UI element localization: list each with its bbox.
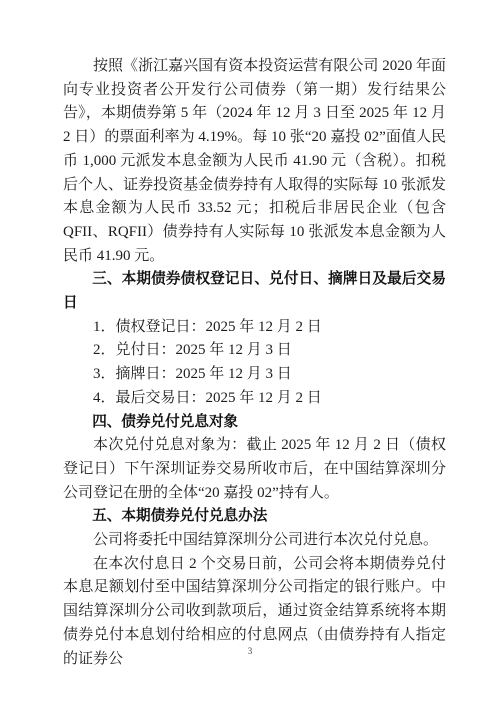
- list-item-last-trading-date: 4．最后交易日：2025 年 12 月 2 日: [63, 387, 446, 411]
- section-5-paragraph-1: 公司将委托中国结算深圳分公司进行本次兑付兑息。: [63, 529, 446, 553]
- intro-paragraph: 按照《浙江嘉兴国有资本投资运营有限公司 2020 年面向专业投资者公开发行公司债…: [63, 55, 446, 268]
- section-5-heading: 五、本期债券兑付兑息办法: [63, 505, 446, 529]
- list-item-redemption-date: 2．兑付日：2025 年 12 月 3 日: [63, 339, 446, 363]
- section-3-heading: 三、本期债券债权登记日、兑付日、摘牌日及最后交易日: [63, 268, 446, 315]
- page-number: 3: [0, 646, 500, 656]
- section-4-paragraph: 本次兑付兑息对象为：截止 2025 年 12 月 2 日（债权登记日）下午深圳证…: [63, 434, 446, 505]
- list-item-debt-registration-date: 1．债权登记日：2025 年 12 月 2 日: [63, 316, 446, 340]
- document-body: 按照《浙江嘉兴国有资本投资运营有限公司 2020 年面向专业投资者公开发行公司债…: [63, 55, 446, 671]
- section-4-heading: 四、债券兑付兑息对象: [63, 411, 446, 435]
- document-page: 按照《浙江嘉兴国有资本投资运营有限公司 2020 年面向专业投资者公开发行公司债…: [0, 0, 500, 707]
- list-item-delisting-date: 3．摘牌日：2025 年 12 月 3 日: [63, 363, 446, 387]
